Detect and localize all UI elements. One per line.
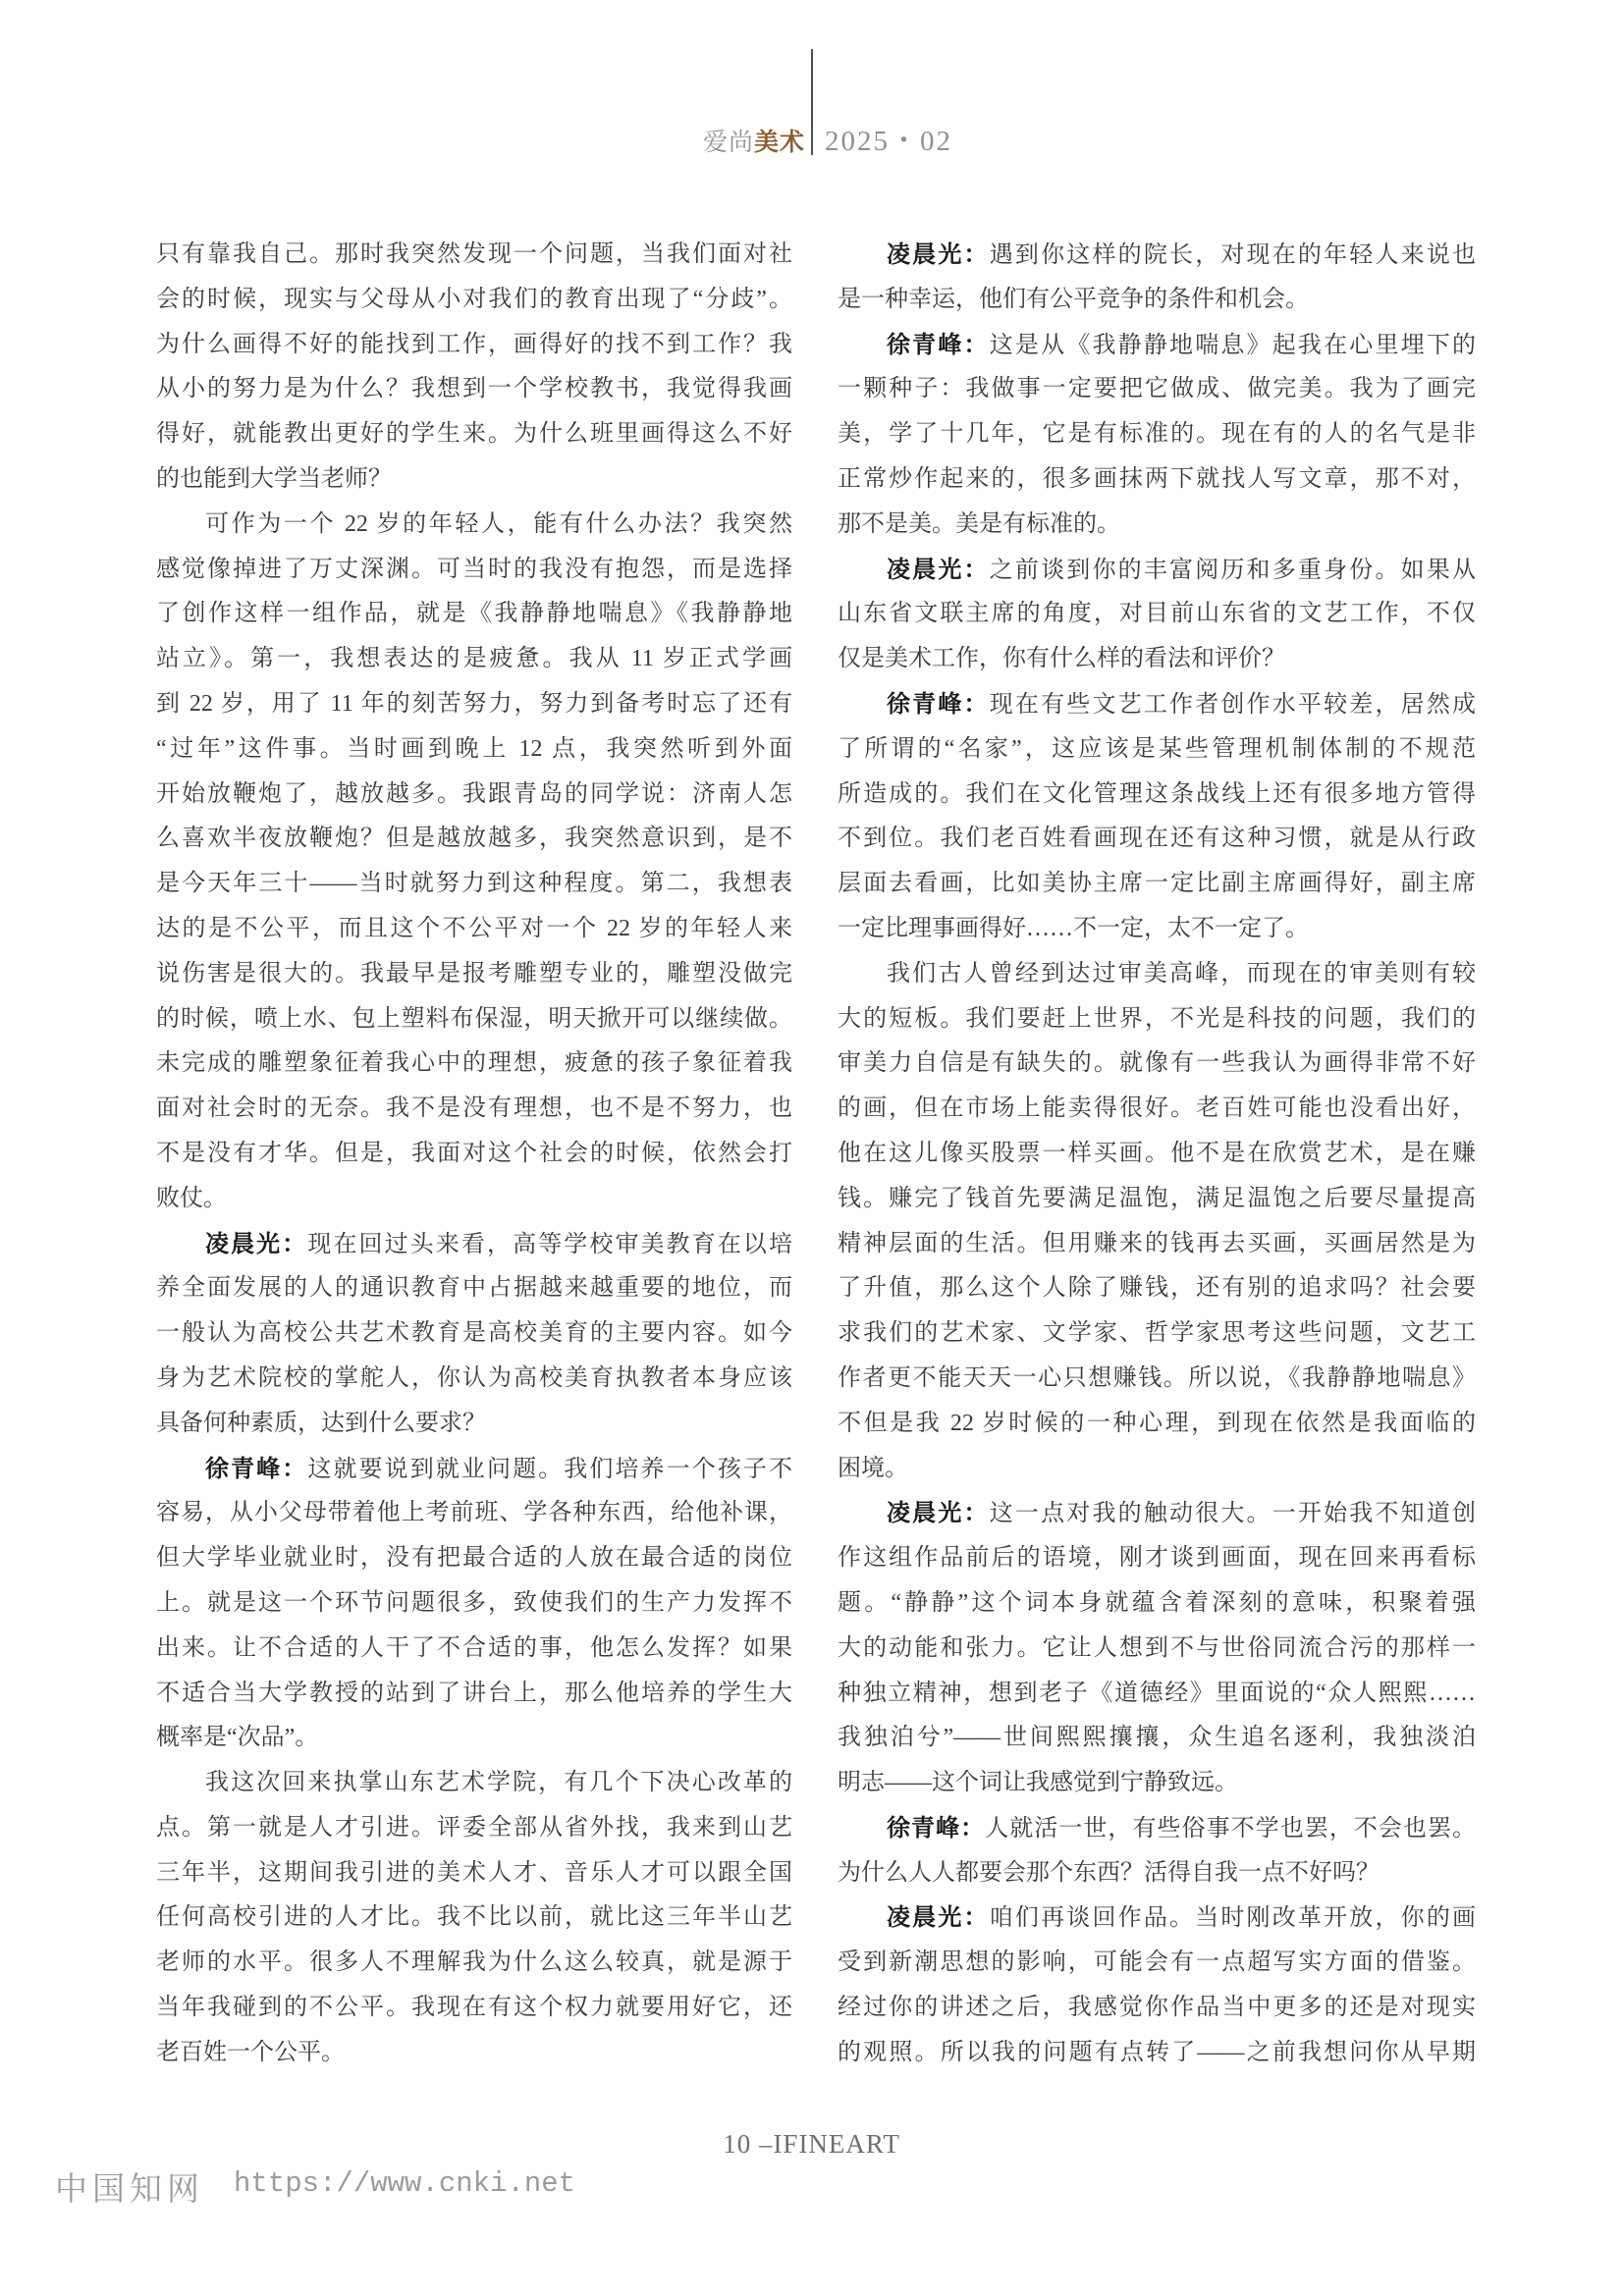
magazine-logo: 爱尚美术 [703, 129, 805, 157]
text-line: 的观照。所以我的问题有点转了——之前我想问你从早期 [838, 2031, 1476, 2076]
text-line: 凌晨光：咱们再谈回作品。当时刚改革开放，你的画 [838, 1896, 1476, 1941]
text-line: 感觉像掉进了万丈深渊。可当时的我没有抱怨，而是选择 [156, 548, 792, 593]
speaker-name: 徐青峰： [205, 1456, 307, 1482]
text-line: 身为艺术院校的掌舵人，你认为高校美育执教者本身应该 [156, 1357, 792, 1402]
text-line: 美，学了十几年，它是有标准的。现在有的人的名气是非 [838, 412, 1476, 457]
text-line: 受到新潮思想的影响，可能会有一点超写实方面的借鉴。 [838, 1941, 1476, 1986]
text-line: 说伤害是很大的。我最早是报考雕塑专业的，雕塑没做完 [156, 952, 792, 997]
logo-text-bold: 美术 [754, 129, 805, 156]
text-line: 任何高校引进的人才比。我不比以前，就比这三年半山艺 [156, 1896, 792, 1941]
text-line: 不适合当大学教授的站到了讲台上，那么他培养的学生大 [156, 1672, 792, 1717]
text-line: 了升值，那么这个人除了赚钱，还有别的追求吗？社会要 [838, 1266, 1476, 1311]
text-line: 到 22 岁，用了 11 年的刻苦努力，努力到备考时忘了还有 [156, 682, 792, 727]
text-line: 的时候，喷上水、包上塑料布保湿，明天掀开可以继续做。 [156, 997, 792, 1042]
text-line: 从小的努力是为什么？我想到一个学校教书，我觉得我画 [156, 367, 792, 412]
text-line: 得好，就能教出更好的学生来。为什么班里画得这么不好 [156, 412, 792, 457]
speaker-name: 凌晨光： [887, 1500, 990, 1526]
text-line: 了创作这样一组作品，就是《我静静地喘息》《我静静地 [156, 592, 792, 637]
text-line: 只有靠我自己。那时我突然发现一个问题，当我们面对社 [156, 233, 792, 278]
text-line: 大的短板。我们要赶上世界，不光是科技的问题，我们的 [838, 997, 1476, 1042]
text-line: 一定比理事画得好……不一定，太不一定了。 [838, 907, 1476, 952]
text-line: “过年”这件事。当时画到晚上 12 点，我突然听到外面 [156, 727, 792, 773]
text-line: 开始放鞭炮了，越放越多。我跟青岛的同学说：济南人怎 [156, 773, 792, 818]
text-line: 正常炒作起来的，很多画抹两下就找人写文章，那不对， [838, 457, 1476, 503]
text-line: 是一种幸运，他们有公平竞争的条件和机会。 [838, 278, 1476, 323]
text-line: 了所谓的“名家”，这应该是某些管理机制体制的不规范 [838, 727, 1476, 773]
text-line: 当年我碰到的不公平。我现在有这个权力就要用好它，还 [156, 1986, 792, 2031]
speaker-name: 凌晨光： [887, 1904, 990, 1931]
text-line: 但大学毕业就业时，没有把最合适的人放在最合适的岗位 [156, 1536, 792, 1581]
article-column-right: 凌晨光：遇到你这样的院长，对现在的年轻人来说也是一种幸运，他们有公平竞争的条件和… [838, 233, 1476, 2076]
text-line: 一颗种子：我做事一定要把它做成、做完美。我为了画完 [838, 367, 1476, 412]
text-line: 老师的水平。很多人不理解我为什么这么较真，就是源于 [156, 1941, 792, 1986]
text-line: 不是没有才华。但是，我面对这个社会的时候，依然会打 [156, 1132, 792, 1177]
text-line: 么喜欢半夜放鞭炮？但是越放越多，我突然意识到，是不 [156, 817, 792, 862]
text-line: 钱。赚完了钱首先要满足温饱，满足温饱之后要尽量提高 [838, 1177, 1476, 1222]
text-line: 明志——这个词让我感觉到宁静致远。 [838, 1761, 1476, 1806]
text-line: 具备何种素质，达到什么要求？ [156, 1402, 792, 1447]
text-line: 站立》。第一，我想表达的是疲惫。我从 11 岁正式学画 [156, 637, 792, 682]
text-line: 徐青峰：这就要说到就业问题。我们培养一个孩子不 [156, 1447, 792, 1492]
header-divider-line [811, 49, 813, 155]
magazine-page: 爱尚美术 2025・02 只有靠我自己。那时我突然发现一个问题，当我们面对社会的… [0, 0, 1623, 2296]
text-line: 困境。 [838, 1447, 1476, 1492]
text-line: 山东省文联主席的角度，对目前山东省的文艺工作，不仅 [838, 592, 1476, 637]
text-line: 不到位。我们老百姓看画现在还有这种习惯，就是从行政 [838, 817, 1476, 862]
text-line: 精神层面的生活。但用赚来的钱再去买画，买画居然是为 [838, 1222, 1476, 1267]
cnki-watermark-url: https://www.cnki.net [234, 2167, 575, 2200]
text-line: 上。就是这一个环节问题很多，致使我们的生产力发挥不 [156, 1581, 792, 1627]
text-line: 会的时候，现实与父母从小对我们的教育出现了“分歧”。 [156, 278, 792, 323]
speaker-name: 凌晨光： [887, 241, 990, 268]
text-line: 作者更不能天天一心只想赚钱。所以说，《我静静地喘息》 [838, 1357, 1476, 1402]
text-line: 概率是“次品”。 [156, 1716, 792, 1761]
text-line: 经过你的讲述之后，我感觉你作品当中更多的还是对现实 [838, 1986, 1476, 2031]
text-line: 容易，从小父母带着他上考前班、学各种东西，给他补课， [156, 1491, 792, 1536]
text-line: 层面去看画，比如美协主席一定比副主席画得好，副主席 [838, 862, 1476, 907]
text-line: 的也能到大学当老师？ [156, 457, 792, 503]
text-line: 面对社会时的无奈。我不是没有理想，也不是不努力，也 [156, 1087, 792, 1132]
article-column-left: 只有靠我自己。那时我突然发现一个问题，当我们面对社会的时候，现实与父母从小对我们… [156, 233, 792, 2076]
text-line: 他在这儿像买股票一样买画。他不是在欣赏艺术，是在赚 [838, 1132, 1476, 1177]
page-footer-label: 10 –IFINEART [0, 2129, 1623, 2160]
text-line: 题。“静静”这个词本身就蕴含着深刻的意味，积聚着强 [838, 1581, 1476, 1627]
text-line: 是今天年三十——当时就努力到这种程度。第二，我想表 [156, 862, 792, 907]
text-line: 败仗。 [156, 1177, 792, 1222]
text-line: 作这组作品前后的语境，刚才谈到画面，现在回来再看标 [838, 1536, 1476, 1581]
text-line: 的画，但在市场上能卖得很好。老百姓可能也没看出好， [838, 1087, 1476, 1132]
text-line: 审美力自信是有缺失的。就像有一些我认为画得非常不好 [838, 1041, 1476, 1087]
text-line: 大的动能和张力。它让人想到不与世俗同流合污的那样一 [838, 1627, 1476, 1672]
text-line: 为什么画得不好的能找到工作，画得好的找不到工作？我 [156, 323, 792, 368]
speaker-name: 徐青峰： [887, 691, 990, 718]
text-line: 那不是美。美是有标准的。 [838, 503, 1476, 548]
text-line: 凌晨光：这一点对我的触动很大。一开始我不知道创 [838, 1491, 1476, 1536]
text-line: 我独泊兮”——世间熙熙攘攘，众生追名逐利，我独淡泊 [838, 1716, 1476, 1761]
text-line: 一般认为高校公共艺术教育是高校美育的主要内容。如今 [156, 1311, 792, 1357]
speaker-name: 凌晨光： [205, 1231, 307, 1257]
text-line: 未完成的雕塑象征着我心中的理想，疲惫的孩子象征着我 [156, 1041, 792, 1087]
speaker-name: 凌晨光： [887, 557, 990, 583]
logo-text-light: 爱尚 [703, 129, 754, 156]
text-line: 可作为一个 22 岁的年轻人，能有什么办法？我突然 [156, 503, 792, 548]
text-line: 凌晨光：之前谈到你的丰富阅历和多重身份。如果从 [838, 548, 1476, 593]
text-line: 仅是美术工作，你有什么样的看法和评价？ [838, 637, 1476, 682]
text-line: 为什么人人都要会那个东西？活得自我一点不好吗？ [838, 1851, 1476, 1896]
text-line: 我这次回来执掌山东艺术学院，有几个下决心改革的 [156, 1761, 792, 1806]
text-line: 所造成的。我们在文化管理这条战线上还有很多地方管得 [838, 773, 1476, 818]
text-line: 徐青峰：这是从《我静静地喘息》起我在心里埋下的 [838, 323, 1476, 368]
speaker-name: 徐青峰： [887, 1815, 985, 1842]
text-line: 凌晨光：遇到你这样的院长，对现在的年轻人来说也 [838, 233, 1476, 278]
text-line: 不但是我 22 岁时候的一种心理，到现在依然是我面临的 [838, 1402, 1476, 1447]
text-line: 我们古人曾经到达过审美高峰，而现在的审美则有较 [838, 952, 1476, 997]
issue-number: 2025・02 [825, 127, 952, 157]
text-line: 徐青峰：人就活一世，有些俗事不学也罢，不会也罢。 [838, 1806, 1476, 1851]
text-line: 达的是不公平，而且这个不公平对一个 22 岁的年轻人来 [156, 907, 792, 952]
text-line: 点。第一就是人才引进。评委全部从省外找，我来到山艺 [156, 1806, 792, 1851]
speaker-name: 徐青峰： [887, 332, 990, 358]
text-line: 养全面发展的人的通识教育中占据越来越重要的地位，而 [156, 1266, 792, 1311]
text-line: 求我们的艺术家、文学家、哲学家思考这些问题，文艺工 [838, 1311, 1476, 1357]
text-line: 三年半，这期间我引进的美术人才、音乐人才可以跟全国 [156, 1851, 792, 1896]
text-line: 种独立精神，想到老子《道德经》里面说的“众人熙熙…… [838, 1672, 1476, 1717]
text-line: 凌晨光：现在回过头来看，高等学校审美教育在以培 [156, 1222, 792, 1267]
text-line: 老百姓一个公平。 [156, 2031, 792, 2076]
text-line: 出来。让不合适的人干了不合适的事，他怎么发挥？如果 [156, 1627, 792, 1672]
cnki-watermark-name: 中国知网 [55, 2163, 204, 2210]
text-line: 徐青峰：现在有些文艺工作者创作水平较差，居然成 [838, 682, 1476, 727]
